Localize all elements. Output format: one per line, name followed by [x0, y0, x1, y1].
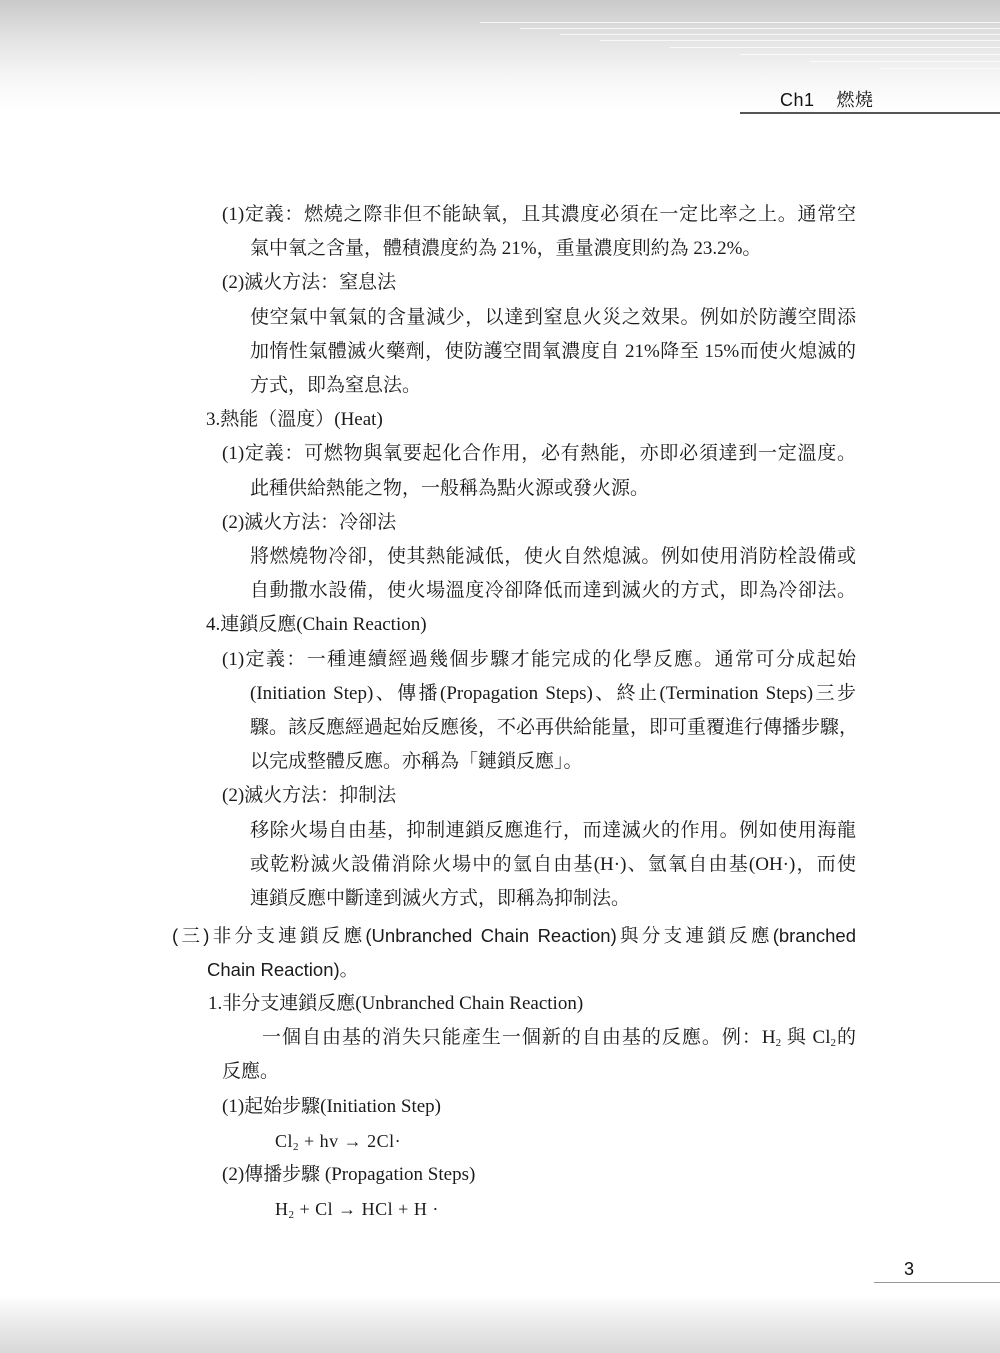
formula-text: + hv → 2Cl· — [299, 1131, 401, 1151]
oxygen-method-line: 方式，即為窒息法。 — [250, 374, 421, 398]
propagation-formula: H2 + Cl → HCl + H · — [275, 1197, 439, 1221]
oxygen-method-line: 加惰性氣體滅火藥劑，使防護空間氧濃度自 21%降至 15%而使火熄滅的 — [250, 340, 856, 364]
unbranched-paragraph-line: 反應。 — [222, 1060, 279, 1084]
chain-reaction-heading: 4.連鎖反應(Chain Reaction) — [206, 613, 427, 637]
chain-method-line: 或乾粉滅火設備消除火場中的氫自由基(H·)、氫氧自由基(OH·)，而使 — [250, 853, 856, 877]
initiation-formula: Cl2 + hv → 2Cl· — [275, 1129, 401, 1153]
decorative-wave-line — [880, 68, 1000, 69]
chain-definition-line: 以完成整體反應。亦稱為「鏈鎖反應」。 — [250, 750, 583, 774]
chain-definition-line: (1)定義：一種連續經過幾個步驟才能完成的化學反應。通常可分成起始 — [222, 648, 856, 672]
heat-definition-line: 此種供給熱能之物，一般稱為點火源或發火源。 — [250, 477, 649, 501]
footer-background — [0, 1295, 1000, 1353]
unbranched-heading: 1.非分支連鎖反應(Unbranched Chain Reaction) — [208, 992, 583, 1016]
formula-text: Cl — [275, 1131, 293, 1151]
oxygen-method-line: 使空氣中氧氣的含量減少，以達到窒息火災之效果。例如於防護空間添 — [250, 306, 856, 330]
initiation-step-title: (1)起始步驟(Initiation Step) — [222, 1095, 441, 1119]
heat-method-line: 將燃燒物冷卻，使其熱能減低，使火自然熄滅。例如使用消防栓設備或 — [250, 545, 856, 569]
oxygen-definition-line: (1)定義：燃燒之際非但不能缺氧，且其濃度必須在一定比率之上。通常空 — [222, 203, 856, 227]
formula-text: H — [275, 1199, 289, 1219]
propagation-step-title: (2)傳播步驟 (Propagation Steps) — [222, 1163, 475, 1187]
decorative-wave-line — [560, 34, 1000, 35]
paragraph-text: 一個自由基的消失只能產生一個新的自由基的反應。例：H — [262, 1027, 776, 1048]
decorative-wave-line — [670, 47, 1000, 48]
unbranched-paragraph-line: 一個自由基的消失只能產生一個新的自由基的反應。例：H2 與 Cl2的 — [262, 1026, 856, 1050]
heat-heading: 3.熱能（溫度）(Heat) — [206, 408, 383, 432]
oxygen-method-title: (2)滅火方法：窒息法 — [222, 271, 396, 295]
subscript: 2 — [776, 1037, 782, 1049]
header-rule — [740, 112, 1000, 114]
oxygen-definition-line: 氣中氧之含量，體積濃度約為 21%，重量濃度則約為 23.2%。 — [250, 237, 761, 261]
chain-method-line: 連鎖反應中斷達到滅火方式，即稱為抑制法。 — [250, 887, 630, 911]
section-heading-continued: Chain Reaction)。 — [207, 958, 358, 982]
chain-definition-line: 驟。該反應經過起始反應後，不必再供給能量，即可重覆進行傳播步驟， — [250, 716, 856, 740]
formula-text: + Cl → HCl + H · — [295, 1199, 439, 1219]
section-heading: (三)非分支連鎖反應(Unbranched Chain Reaction)與分支… — [172, 924, 856, 948]
chain-method-line: 移除火場自由基，抑制連鎖反應進行，而達滅火的作用。例如使用海龍 — [250, 819, 856, 843]
chain-definition-line: (Initiation Step)、傳播(Propagation Steps)、… — [250, 682, 856, 706]
decorative-wave-line — [480, 22, 1000, 23]
footer-rule — [874, 1282, 1000, 1283]
heat-definition-line: (1)定義：可燃物與氧要起化合作用，必有熱能，亦即必須達到一定溫度。 — [222, 442, 856, 466]
running-head: Ch1 燃燒 — [780, 86, 874, 112]
decorative-wave-line — [810, 61, 1000, 62]
heat-method-title: (2)滅火方法：冷卻法 — [222, 511, 396, 535]
heat-method-line: 自動撒水設備，使火場溫度冷卻降低而達到滅火的方式，即為冷卻法。 — [250, 579, 856, 603]
paragraph-text: 與 Cl — [787, 1027, 831, 1048]
chain-method-title: (2)滅火方法：抑制法 — [222, 784, 396, 808]
decorative-wave-line — [600, 40, 1000, 41]
decorative-wave-line — [520, 28, 1000, 29]
paragraph-text: 的 — [836, 1027, 856, 1048]
decorative-wave-line — [740, 54, 1000, 55]
page-number: 3 — [904, 1259, 914, 1280]
